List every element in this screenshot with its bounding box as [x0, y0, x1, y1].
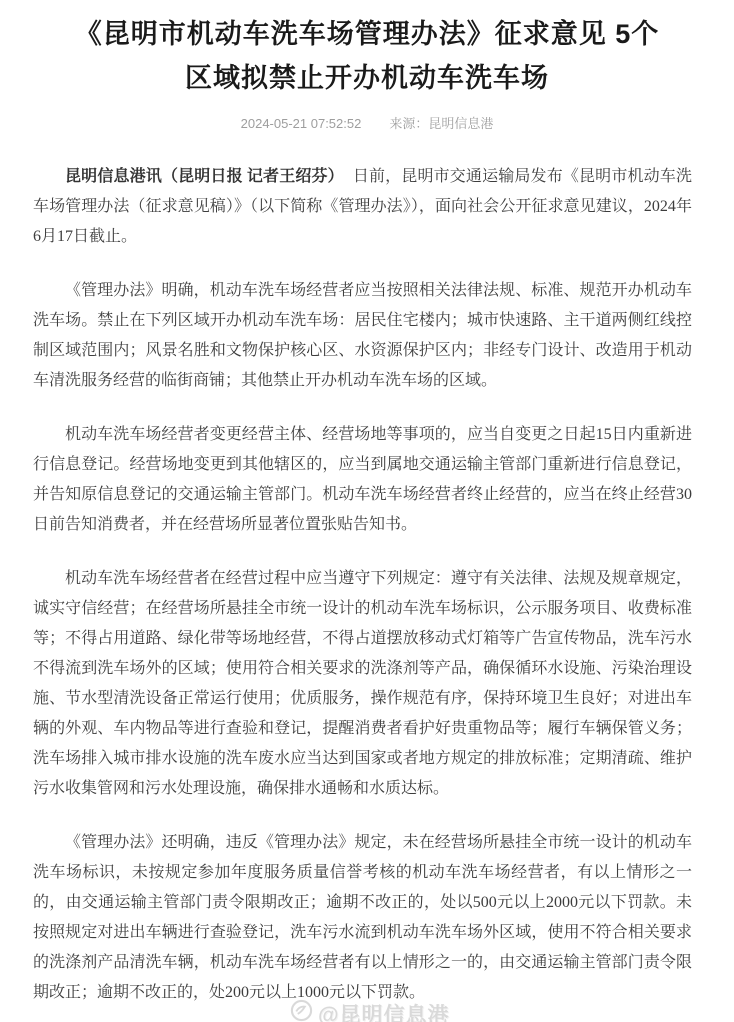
paragraph-penalties: 《管理办法》还明确，违反《管理办法》规定，未在经营场所悬挂全市统一设计的机动车洗… — [33, 828, 692, 1008]
article-title: 《昆明市机动车洗车场管理办法》征求意见 5个区域拟禁止开办机动车洗车场 — [40, 12, 694, 100]
article-meta: 2024-05-21 07:52:52来源：昆明信息港 — [0, 113, 734, 132]
paragraph-intro: 昆明信息港讯（昆明日报 记者王绍芬）日前，昆明市交通运输局发布《昆明市机动车洗车… — [33, 162, 692, 252]
article-title-line2: 区域拟禁止开办机动车洗车场 — [40, 56, 694, 100]
article-page: 《昆明市机动车洗车场管理办法》征求意见 5个区域拟禁止开办机动车洗车场 2024… — [0, 0, 734, 1022]
article-title-line1: 《昆明市机动车洗车场管理办法》征求意见 5个 — [40, 12, 694, 56]
source-label: 来源：昆明信息港 — [389, 116, 493, 131]
paragraph-registration: 机动车洗车场经营者变更经营主体、经营场地等事项的，应当自变更之日起15日内重新进… — [33, 420, 692, 540]
paragraph-operating-rules: 机动车洗车场经营者在经营过程中应当遵守下列规定：遵守有关法律、法规及规章规定，诚… — [33, 564, 692, 804]
publish-datetime: 2024-05-21 07:52:52 — [241, 116, 362, 131]
article-body: 昆明信息港讯（昆明日报 记者王绍芬）日前，昆明市交通运输局发布《昆明市机动车洗车… — [33, 162, 692, 1008]
paragraph-rules-zones: 《管理办法》明确，机动车洗车场经营者应当按照相关法律法规、标准、规范开办机动车洗… — [33, 276, 692, 396]
paragraph-lead-bold: 昆明信息港讯（昆明日报 记者王绍芬） — [65, 168, 344, 185]
